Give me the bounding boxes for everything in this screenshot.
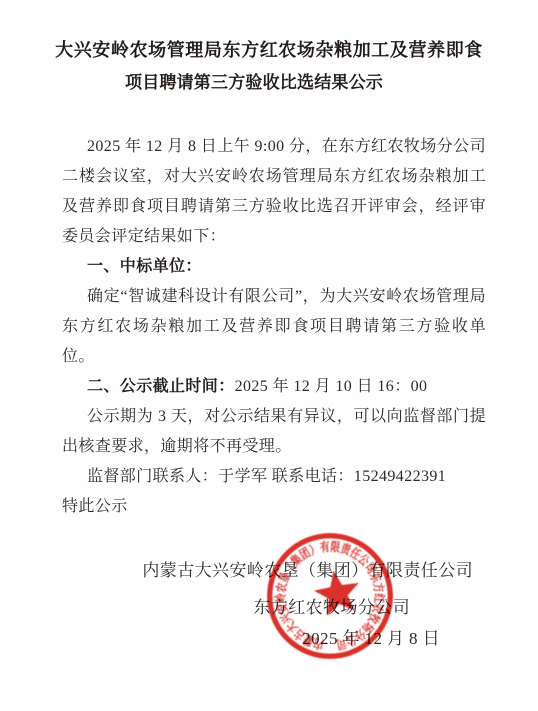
closing-line: 特此公示 (62, 492, 486, 522)
section2-paragraph: 公示期为 3 天，对公示结果有异议，可以向监督部门提出核查要求，逾期将不再受理。 (62, 402, 486, 462)
intro-paragraph: 2025 年 12 月 8 日上午 9:00 分，在东方红农牧场分公司二楼会议室… (62, 132, 486, 252)
document-title: 大兴安岭农场管理局东方红农场杂粮加工及营养即食 项目聘请第三方验收比选结果公示 (0, 34, 538, 99)
section2-line: 二、公示截止时间：2025 年 12 月 10 日 16：00 (62, 372, 486, 402)
section1-heading: 一、中标单位： (62, 252, 486, 282)
seal-graphic: 内蒙古大兴安岭农垦（集团）有限责任公司东方红农牧场分公司 (263, 529, 397, 663)
official-seal-stamp: 内蒙古大兴安岭农垦（集团）有限责任公司东方红农牧场分公司 (263, 529, 397, 663)
announcement-page: 大兴安岭农场管理局东方红农场杂粮加工及营养即食 项目聘请第三方验收比选结果公示 … (0, 0, 538, 711)
document-title-line1: 大兴安岭农场管理局东方红农场杂粮加工及营养即食 (0, 34, 538, 67)
document-title-line2: 项目聘请第三方验收比选结果公示 (0, 67, 523, 99)
section2-heading: 二、公示截止时间： (87, 378, 235, 395)
document-body: 2025 年 12 月 8 日上午 9:00 分，在东方红农牧场分公司二楼会议室… (62, 132, 486, 522)
section2-deadline: 2025 年 12 月 10 日 16：00 (235, 378, 428, 395)
section1-paragraph: 确定“智诚建科设计有限公司”，为大兴安岭农场管理局东方红农场杂粮加工及营养即食项… (62, 282, 486, 372)
contact-line: 监督部门联系人：于学军 联系电话：15249422391 (62, 462, 486, 492)
seal-star-icon (311, 567, 363, 618)
